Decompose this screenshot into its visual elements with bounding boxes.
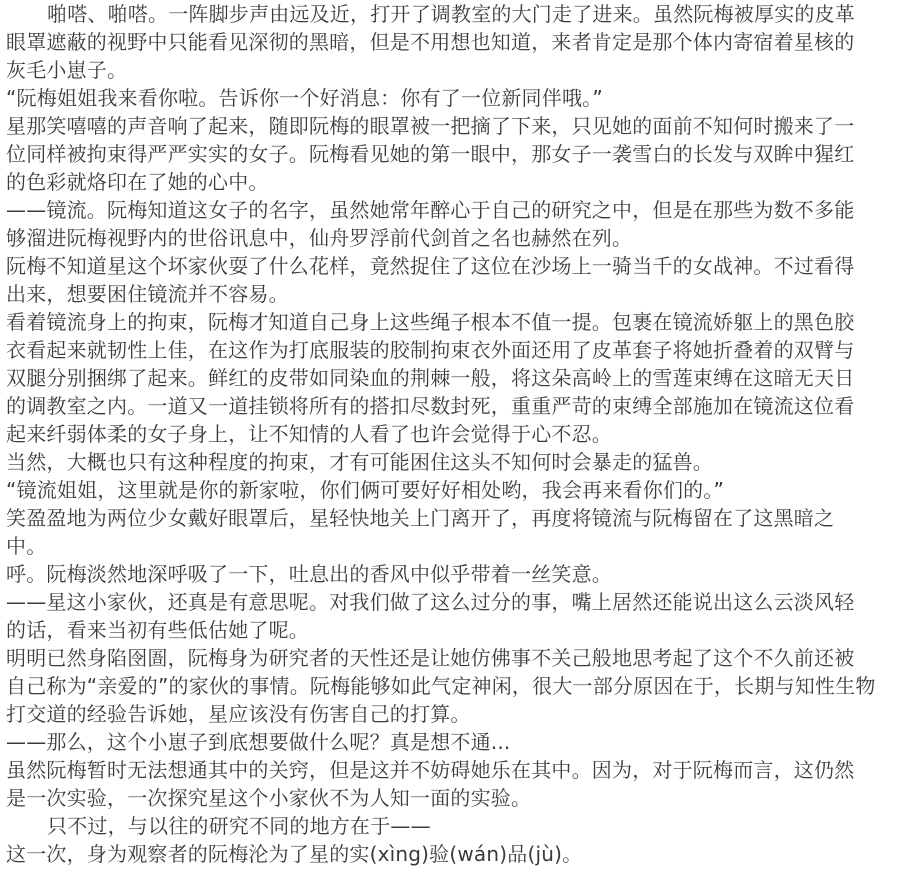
text-line: 看着镜流身上的拘束，阮梅才知道自己身上这些绳子根本不值一提。包裹在镜流娇躯上的黑…: [6, 308, 906, 336]
text-line: 够溜进阮梅视野内的世俗讯息中，仙舟罗浮前代剑首之名也赫然在列。: [6, 224, 906, 252]
text-line: 的话，看来当初有些低估她了呢。: [6, 616, 906, 644]
text-line: 这一次，身为观察者的阮梅沦为了星的实(xìng)验(wán)品(jù)。: [6, 840, 906, 868]
text-line: 灰毛小崽子。: [6, 56, 906, 84]
story-text-body: 啪嗒、啪嗒。一阵脚步声由远及近，打开了调教室的大门走了进来。虽然阮梅被厚实的皮革…: [0, 0, 914, 868]
text-line: 眼罩遮蔽的视野中只能看见深彻的黑暗，但是不用想也知道，来者肯定是那个体内寄宿着星…: [6, 28, 906, 56]
text-line: 当然，大概也只有这种程度的拘束，才有可能困住这头不知何时会暴走的猛兽。: [6, 448, 906, 476]
text-line: “阮梅姐姐我来看你啦。告诉你一个好消息：你有了一位新同伴哦。”: [6, 84, 906, 112]
text-line: 是一次实验，一次探究星这个小家伙不为人知一面的实验。: [6, 784, 906, 812]
text-line: 啪嗒、啪嗒。一阵脚步声由远及近，打开了调教室的大门走了进来。虽然阮梅被厚实的皮革: [6, 0, 906, 28]
text-line: 笑盈盈地为两位少女戴好眼罩后，星轻快地关上门离开了，再度将镜流与阮梅留在了这黑暗…: [6, 504, 906, 532]
text-line: 中。: [6, 532, 906, 560]
text-line: 的调教室之内。一道又一道挂锁将所有的搭扣尽数封死，重重严苛的束缚全部施加在镜流这…: [6, 392, 906, 420]
text-line: 只不过，与以往的研究不同的地方在于——: [6, 812, 906, 840]
text-line: 的色彩就烙印在了她的心中。: [6, 168, 906, 196]
text-line: 自己称为“亲爱的”的家伙的事情。阮梅能够如此气定神闲，很大一部分原因在于，长期与…: [6, 672, 906, 700]
text-line: 虽然阮梅暂时无法想通其中的关窍，但是这并不妨碍她乐在其中。因为，对于阮梅而言，这…: [6, 756, 906, 784]
text-line: 出来，想要困住镜流并不容易。: [6, 280, 906, 308]
text-line: “镜流姐姐，这里就是你的新家啦，你们俩可要好好相处哟，我会再来看你们的。”: [6, 476, 906, 504]
text-line: 打交道的经验告诉她，星应该没有伤害自己的打算。: [6, 700, 906, 728]
text-line: ——星这小家伙，还真是有意思呢。对我们做了这么过分的事，嘴上居然还能说出这么云淡…: [6, 588, 906, 616]
text-line: 位同样被拘束得严严实实的女子。阮梅看见她的第一眼中，那女子一袭雪白的长发与双眸中…: [6, 140, 906, 168]
text-line: 起来纤弱体柔的女子身上，让不知情的人看了也许会觉得于心不忍。: [6, 420, 906, 448]
text-line: 阮梅不知道星这个坏家伙耍了什么花样，竟然捉住了这位在沙场上一骑当千的女战神。不过…: [6, 252, 906, 280]
text-line: ——镜流。阮梅知道这女子的名字，虽然她常年醉心于自己的研究之中，但是在那些为数不…: [6, 196, 906, 224]
text-line: 星那笑嘻嘻的声音响了起来，随即阮梅的眼罩被一把摘了下来，只见她的面前不知何时搬来…: [6, 112, 906, 140]
text-line: 衣看起来就韧性上佳，在这作为打底服装的胶制拘束衣外面还用了皮革套子将她折叠着的双…: [6, 336, 906, 364]
text-line: 双腿分别捆绑了起来。鲜红的皮带如同染血的荆棘一般，将这朵高岭上的雪莲束缚在这暗无…: [6, 364, 906, 392]
text-line: 呼。阮梅淡然地深呼吸了一下，吐息出的香风中似乎带着一丝笑意。: [6, 560, 906, 588]
text-line: 明明已然身陷囹圄，阮梅身为研究者的天性还是让她仿佛事不关己般地思考起了这个不久前…: [6, 644, 906, 672]
text-line: ——那么，这个小崽子到底想要做什么呢？真是想不通...: [6, 728, 906, 756]
